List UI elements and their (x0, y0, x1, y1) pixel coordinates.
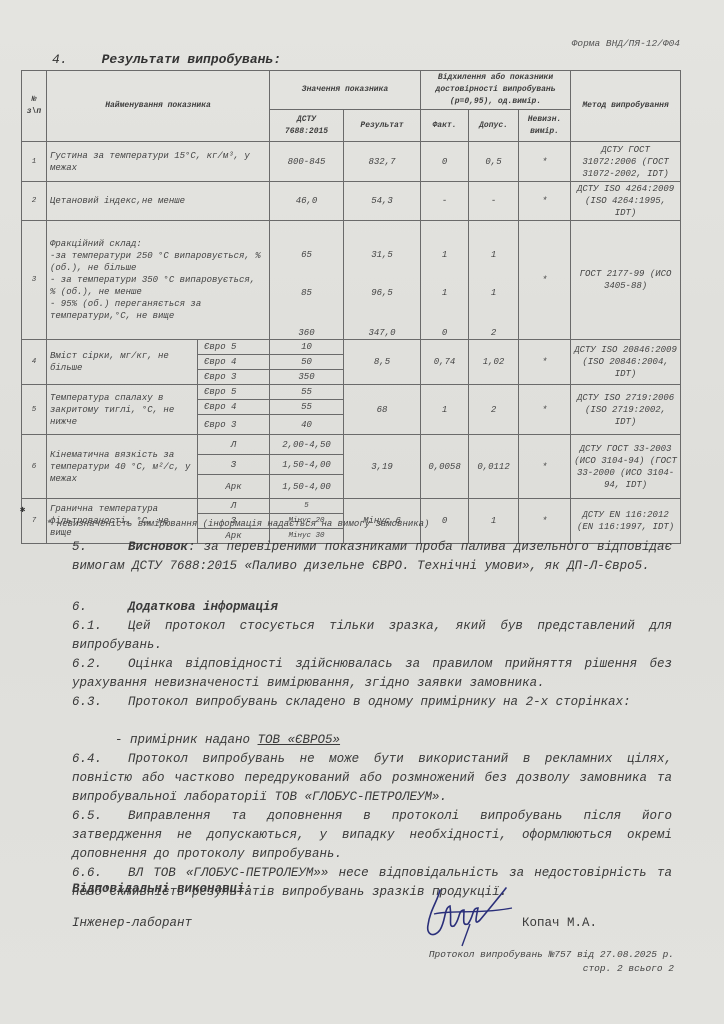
row-name-title: Фракційний склад: (50, 238, 266, 250)
signatures-title: Відповідальні виконавці: (72, 880, 672, 899)
table-row: 1 Густина за температури 15°С, кг/м³, у … (22, 142, 681, 182)
row-fact: 0,0058 (421, 435, 469, 499)
results-table: № з\п Найменування показника Значення по… (21, 70, 681, 544)
grade-label: Арк (198, 475, 270, 499)
table-row: 3 Фракційний склад: -за температури 250 … (22, 221, 681, 340)
row-allowed: 0,5 (469, 142, 519, 182)
row-method: ДСТУ ГОСТ 31072:2006 (ГОСТ 31072-2002, I… (571, 142, 681, 182)
protocol-reference: Протокол випробувань №757 від 27.08.2025… (429, 948, 674, 962)
row-fact: 1 1 0 (421, 221, 469, 340)
row-method: ДСТУ EN 116:2012 (EN 116:1997, IDT) (571, 499, 681, 544)
section-6-heading: 6.Додаткова інформація (72, 598, 672, 617)
row-name: Фракційний склад: -за температури 250 °С… (47, 221, 270, 340)
sub-fact: 1 (421, 287, 468, 327)
punch-mark-icon: ✱ (20, 505, 25, 515)
row-result: 54,3 (344, 182, 421, 221)
item-6-1: 6.1.Цей протокол стосується тільки зразк… (72, 617, 672, 655)
row-uncertainty: * (519, 435, 571, 499)
sub-result: 347,0 (344, 327, 420, 339)
table-row: 5 Температура спалаху в закритому тиглі,… (22, 385, 681, 400)
row-allowed: 1 1 2 (469, 221, 519, 340)
table-row: 4 Вміст сірки, мг/кг, не більше Євро 5 1… (22, 340, 681, 355)
row-num: 1 (22, 142, 47, 182)
item-text: Цей протокол стосується тільки зразка, я… (72, 619, 672, 652)
row-fact: - (421, 182, 469, 221)
grade-label: Євро 4 (198, 400, 270, 415)
document-page: Форма ВНД/ПЯ-12/Ф04 4.Результати випробу… (0, 0, 724, 1024)
section-number: 4. (52, 52, 68, 67)
sub-allowed: 1 (469, 249, 518, 287)
sub-name: - 95% (об.) переганяється за температури… (50, 298, 266, 322)
table-row: 7 Гранична температура фільтрованості, °… (22, 499, 681, 514)
item-6-3: 6.3.Протокол випробувань складено в одно… (72, 693, 672, 712)
sub-allowed: 2 (469, 327, 518, 339)
header-deviation-group: Відхилення або показники достовірності в… (421, 71, 571, 110)
row-fact: 0 (421, 142, 469, 182)
grade-value: 55 (270, 385, 344, 400)
copy-recipient-line: - примірник надано ТОВ «ЄВРО5» (115, 731, 715, 750)
row-num: 6 (22, 435, 47, 499)
row-allowed: 1,02 (469, 340, 519, 385)
sub-result: 31,5 (344, 249, 420, 287)
item-6-4: 6.4.Протокол випробувань не може бути ви… (72, 750, 672, 807)
item-number: 6.1. (72, 617, 128, 636)
row-result: 8,5 (344, 340, 421, 385)
section-title: Додаткова інформація (128, 600, 278, 614)
section-number: 5. (72, 538, 128, 557)
row-num: 2 (22, 182, 47, 221)
grade-label: Л (198, 499, 270, 514)
grade-label: Євро 3 (198, 370, 270, 385)
row-name: Вміст сірки, мг/кг, не більше (47, 340, 198, 385)
header-dstu: ДСТУ 7688:2015 (270, 110, 344, 142)
grade-label: Євро 5 (198, 385, 270, 400)
form-code: Форма ВНД/ПЯ-12/Ф04 (572, 38, 680, 49)
item-number: 6.3. (72, 693, 128, 712)
section-number: 6. (72, 598, 128, 617)
item-number: 6.4. (72, 750, 128, 769)
row-method: ГОСТ 2177-99 (ИСО 3405-88) (571, 221, 681, 340)
signature-icon (420, 880, 520, 950)
sub-result: 96,5 (344, 287, 420, 327)
header-method: Метод випробування (571, 71, 681, 142)
grade-value: 40 (270, 415, 344, 435)
row-result: 31,5 96,5 347,0 (344, 221, 421, 340)
grade-value: 10 (270, 340, 344, 355)
header-fact: Факт. (421, 110, 469, 142)
header-name: Найменування показника (47, 71, 270, 142)
row-name: Густина за температури 15°С, кг/м³, у ме… (47, 142, 270, 182)
row-allowed: 0,0112 (469, 435, 519, 499)
sub-fact: 1 (421, 249, 468, 287)
row-dstu: 46,0 (270, 182, 344, 221)
section-5: 5.Висновок: за перевіреними показниками … (72, 538, 672, 576)
header-allowed: Допус. (469, 110, 519, 142)
row-dstu: 800-845 (270, 142, 344, 182)
sub-allowed: 1 (469, 287, 518, 327)
row-result: 832,7 (344, 142, 421, 182)
row-name: Цетановий індекс,не менше (47, 182, 270, 221)
section-title: Висновок (128, 540, 188, 554)
grade-label: Л (198, 435, 270, 455)
grade-label: Євро 4 (198, 355, 270, 370)
row-uncertainty: * (519, 221, 571, 340)
header-uncertainty: Невизн. вимір. (519, 110, 571, 142)
row-method: ДСТУ ISO 2719:2006 (ISO 2719:2002, IDT) (571, 385, 681, 435)
grade-label: Євро 5 (198, 340, 270, 355)
item-number: 6.2. (72, 655, 128, 674)
item-text: Виправлення та доповнення в протоколі ви… (72, 809, 672, 861)
row-name: Кінематична вязкість за температури 40 °… (47, 435, 198, 499)
row-allowed: - (469, 182, 519, 221)
item-text: Оцінка відповідності здійснювалась за пр… (72, 657, 672, 690)
grade-value: 1,50-4,00 (270, 455, 344, 475)
row-fact: 0,74 (421, 340, 469, 385)
row-uncertainty: * (519, 385, 571, 435)
table-row: 6 Кінематична вязкість за температури 40… (22, 435, 681, 455)
sub-dstu: 65 (270, 249, 343, 287)
header-result: Результат (344, 110, 421, 142)
sub-dstu: 85 (270, 287, 343, 327)
row-result: 3,19 (344, 435, 421, 499)
row-uncertainty: * (519, 499, 571, 544)
footnote: * невизначеність вимірювання (інформація… (46, 519, 429, 529)
grade-label: Євро 3 (198, 415, 270, 435)
grade-value: 2,00-4,50 (270, 435, 344, 455)
section-title: Результати випробувань: (102, 52, 281, 67)
sub-name: - за температури 350 °С випаровується, %… (50, 274, 266, 298)
header-num: № з\п (22, 71, 47, 142)
row-num: 5 (22, 385, 47, 435)
page-footer: Протокол випробувань №757 від 27.08.2025… (429, 948, 674, 976)
table-row: 2 Цетановий індекс,не менше 46,0 54,3 - … (22, 182, 681, 221)
row-dstu: 65 85 360 (270, 221, 344, 340)
row-uncertainty: * (519, 142, 571, 182)
grade-value: 5 (270, 499, 344, 514)
grade-value: 350 (270, 370, 344, 385)
copy-prefix: - примірник надано (115, 733, 258, 747)
grade-value: 50 (270, 355, 344, 370)
item-6-5: 6.5.Виправлення та доповнення в протокол… (72, 807, 672, 864)
grade-value: 1,50-4,00 (270, 475, 344, 499)
sub-fact: 0 (421, 327, 468, 339)
sub-dstu: 360 (270, 327, 343, 339)
row-uncertainty: * (519, 340, 571, 385)
header-value-group: Значення показника (270, 71, 421, 110)
sub-name: -за температури 250 °С випаровується, % … (50, 250, 266, 274)
row-allowed: 2 (469, 385, 519, 435)
item-text: Протокол випробувань складено в одному п… (128, 695, 631, 709)
page-number: стор. 2 всього 2 (429, 962, 674, 976)
row-method: ДСТУ ISO 4264:2009 (ISO 4264:1995, IDT) (571, 182, 681, 221)
item-number: 6.5. (72, 807, 128, 826)
row-uncertainty: * (519, 182, 571, 221)
grade-value: 55 (270, 400, 344, 415)
row-num: 4 (22, 340, 47, 385)
item-6-2: 6.2.Оцінка відповідності здійснювалась з… (72, 655, 672, 693)
row-allowed: 1 (469, 499, 519, 544)
row-fact: 1 (421, 385, 469, 435)
copy-recipient: ТОВ «ЄВРО5» (258, 733, 341, 747)
row-method: ДСТУ ISO 20846:2009 (ISO 20846:2004, IDT… (571, 340, 681, 385)
signer-name: Копач М.А. (522, 914, 597, 933)
grade-label: З (198, 455, 270, 475)
row-result: 68 (344, 385, 421, 435)
row-method: ДСТУ ГОСТ 33-2003 (ИСО 3104-94) (ГОСТ 33… (571, 435, 681, 499)
section-4-heading: 4.Результати випробувань: (52, 52, 281, 67)
item-text: Протокол випробувань не може бути викори… (72, 752, 672, 804)
row-name: Температура спалаху в закритому тиглі, °… (47, 385, 198, 435)
row-num: 3 (22, 221, 47, 340)
